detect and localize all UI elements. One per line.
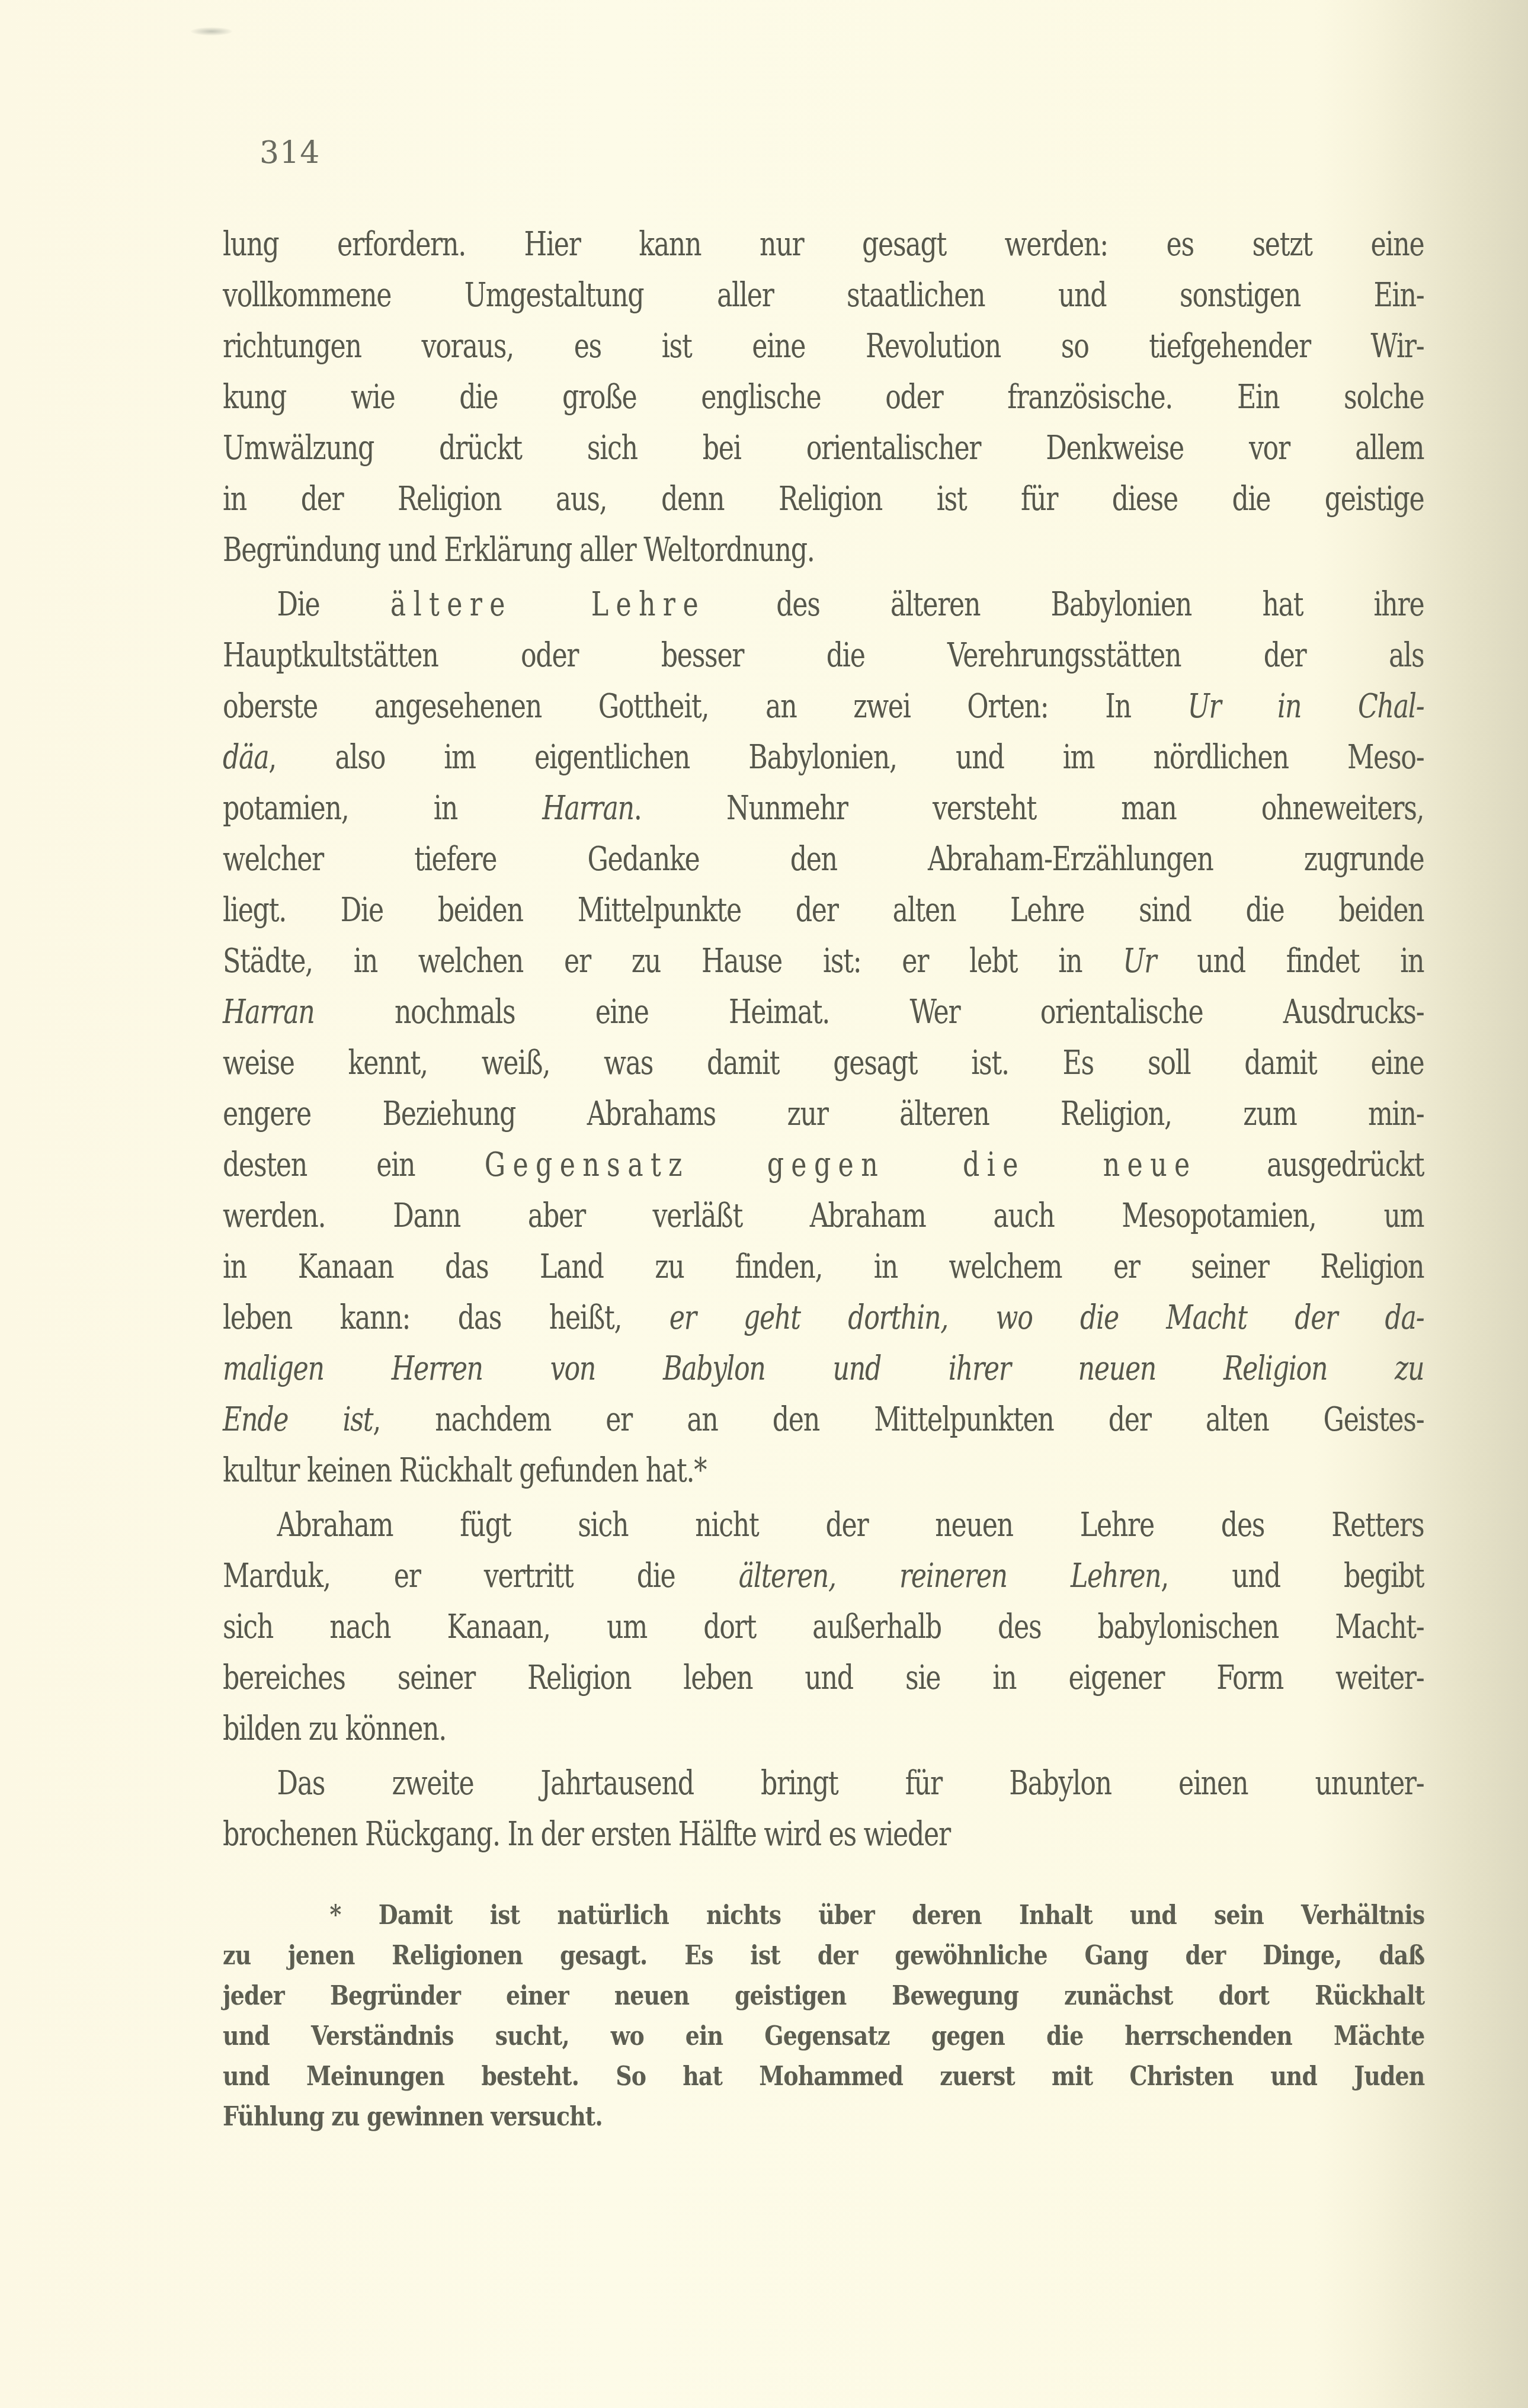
text-line: richtungen voraus, es ist eine Revolutio… <box>223 321 1424 372</box>
text-run: in der Religion aus, denn Religion ist f… <box>223 480 1424 518</box>
text-line: Umwälzung drückt sich bei orientalischer… <box>223 423 1424 474</box>
emphasis-spaced-text: Gegensatz gegen die neue <box>485 1146 1197 1184</box>
text-run: Abraham fügt sich nicht der neuen Lehre … <box>277 1506 1424 1544</box>
text-run: richtungen voraus, es ist eine Revolutio… <box>223 327 1424 365</box>
text-run: bereiches seiner Religion leben und sie … <box>223 1659 1424 1697</box>
footnote-line: und Verständnis sucht, wo ein Gegensatz … <box>223 2016 1424 2057</box>
text-line: bereiches seiner Religion leben und sie … <box>223 1653 1424 1704</box>
text-line: Städte, in welchen er zu Hause ist: er l… <box>223 936 1424 987</box>
italic-text: älteren, reineren Lehren <box>739 1557 1161 1595</box>
text-run: ausgedrückt <box>1197 1146 1424 1184</box>
text-run: sich nach Kanaan, um dort außerhalb des … <box>223 1608 1424 1646</box>
text-run: Hauptkultstätten oder besser die Verehru… <box>223 636 1424 675</box>
text-line: engere Beziehung Abrahams zur älteren Re… <box>223 1089 1424 1140</box>
text-line: kung wie die große englische oder franzö… <box>223 372 1424 423</box>
text-run: Begründung und Erklärung aller Weltordnu… <box>223 531 814 569</box>
text-line: vollkommene Umgestaltung aller staatlich… <box>223 270 1424 321</box>
text-line: oberste angesehenen Gottheit, an zwei Or… <box>223 681 1424 732</box>
text-line: brochenen Rückgang. In der ersten Hälfte… <box>223 1809 1424 1860</box>
text-line: Harran nochmals eine Heimat. Wer orienta… <box>223 987 1424 1038</box>
text-line: leben kann: das heißt, er geht dorthin, … <box>223 1293 1424 1344</box>
italic-text: Ur <box>1123 942 1156 980</box>
text-run: oberste angesehenen Gottheit, an zwei Or… <box>223 687 1187 726</box>
text-line: Marduk, er vertritt die älteren, reinere… <box>223 1551 1424 1602</box>
text-run: engere Beziehung Abrahams zur älteren Re… <box>223 1095 1424 1133</box>
text-run: Das zweite Jahrtausend bringt für Babylo… <box>277 1764 1424 1803</box>
text-line: Hauptkultstätten oder besser die Verehru… <box>223 630 1424 681</box>
text-line: Das zweite Jahrtausend bringt für Babylo… <box>223 1758 1424 1809</box>
text-run: Umwälzung drückt sich bei orientalischer… <box>223 429 1424 467</box>
footnote: * Damit ist natürlich nichts über deren … <box>223 1896 1424 2137</box>
text-run: Städte, in welchen er zu Hause ist: er l… <box>223 942 1123 980</box>
text-run: kultur keinen Rückhalt gefunden hat.* <box>223 1451 706 1490</box>
text-run: , nachdem er an den Mittelpunkten der al… <box>373 1400 1424 1439</box>
text-run: welcher tiefere Gedanke den Abraham-Erzä… <box>223 840 1424 878</box>
text-run: in Kanaan das Land zu finden, in welchem… <box>223 1248 1424 1286</box>
text-line: weise kennt, weiß, was damit gesagt ist.… <box>223 1038 1424 1089</box>
text-line: in Kanaan das Land zu finden, in welchem… <box>223 1242 1424 1293</box>
text-run: leben kann: das heißt, <box>223 1298 669 1337</box>
italic-text: Harran <box>223 993 315 1031</box>
text-line: bilden zu können. <box>223 1704 1424 1755</box>
text-line: kultur keinen Rückhalt gefunden hat.* <box>223 1445 1424 1496</box>
text-line: werden. Dann aber verläßt Abraham auch M… <box>223 1191 1424 1242</box>
text-run: des älteren Babylonien hat ihre <box>706 585 1424 624</box>
text-run: , also im eigentlichen Babylonien, und i… <box>268 738 1424 777</box>
italic-text: er geht dorthin, wo die Macht der da- <box>669 1298 1424 1337</box>
text-run: brochenen Rückgang. In der ersten Hälfte… <box>223 1815 950 1854</box>
text-line: Ende ist, nachdem er an den Mittelpunkte… <box>223 1394 1424 1445</box>
italic-text: däa <box>223 738 268 777</box>
text-run: weise kennt, weiß, was damit gesagt ist.… <box>223 1044 1424 1082</box>
text-line: Abraham fügt sich nicht der neuen Lehre … <box>223 1500 1424 1551</box>
text-run: Die <box>277 585 390 624</box>
text-line: welcher tiefere Gedanke den Abraham-Erzä… <box>223 834 1424 885</box>
text-line: liegt. Die beiden Mittelpunkte der alten… <box>223 885 1424 936</box>
footnote-line: * Damit ist natürlich nichts über deren … <box>223 1896 1424 1936</box>
text-line: sich nach Kanaan, um dort außerhalb des … <box>223 1602 1424 1653</box>
text-line: Die ältere Lehre des älteren Babylonien … <box>223 579 1424 630</box>
text-run: liegt. Die beiden Mittelpunkte der alten… <box>223 891 1424 929</box>
italic-text: Ur in Chal- <box>1187 687 1424 726</box>
text-run: Marduk, er vertritt die <box>223 1557 739 1595</box>
text-run: , und begibt <box>1161 1557 1424 1595</box>
footnote-line: jeder Begründer einer neuen geistigen Be… <box>223 1976 1424 2016</box>
text-run: werden. Dann aber verläßt Abraham auch M… <box>223 1197 1424 1235</box>
text-run: bilden zu können. <box>223 1710 446 1748</box>
footnote-line: Fühlung zu gewinnen versucht. <box>223 2097 1424 2137</box>
text-line: desten ein Gegensatz gegen die neue ausg… <box>223 1140 1424 1191</box>
text-run: kung wie die große englische oder franzö… <box>223 378 1424 416</box>
footnote-line: und Meinungen besteht. So hat Mohammed z… <box>223 2057 1424 2097</box>
text-line: potamien, in Harran. Nunmehr versteht ma… <box>223 783 1424 834</box>
footnote-line: zu jenen Religionen gesagt. Es ist der g… <box>223 1936 1424 1976</box>
scan-smudge <box>191 27 232 36</box>
text-run: . Nunmehr versteht man ohneweiters, <box>634 789 1424 828</box>
text-run: vollkommene Umgestaltung aller staatlich… <box>223 276 1424 315</box>
text-line: däa, also im eigentlichen Babylonien, un… <box>223 732 1424 783</box>
text-line: maligen Herren von Babylon und ihrer neu… <box>223 1344 1424 1394</box>
text-run: nochmals eine Heimat. Wer orientalische … <box>315 993 1424 1031</box>
text-line: lung erfordern. Hier kann nur gesagt wer… <box>223 219 1424 270</box>
italic-text: Harran <box>542 789 634 828</box>
text-run: und findet in <box>1156 942 1424 980</box>
text-run: lung erfordern. Hier kann nur gesagt wer… <box>223 225 1424 264</box>
text-line: in der Religion aus, denn Religion ist f… <box>223 474 1424 525</box>
italic-text: maligen Herren von Babylon und ihrer neu… <box>223 1349 1424 1388</box>
emphasis-spaced-text: ältere Lehre <box>390 585 706 624</box>
text-run: potamien, in <box>223 789 542 828</box>
body-text: lung erfordern. Hier kann nur gesagt wer… <box>223 219 1424 1860</box>
page-number: 314 <box>260 135 320 171</box>
italic-text: Ende ist <box>223 1400 373 1439</box>
text-line: Begründung und Erklärung aller Weltordnu… <box>223 525 1424 576</box>
text-run: desten ein <box>223 1146 485 1184</box>
